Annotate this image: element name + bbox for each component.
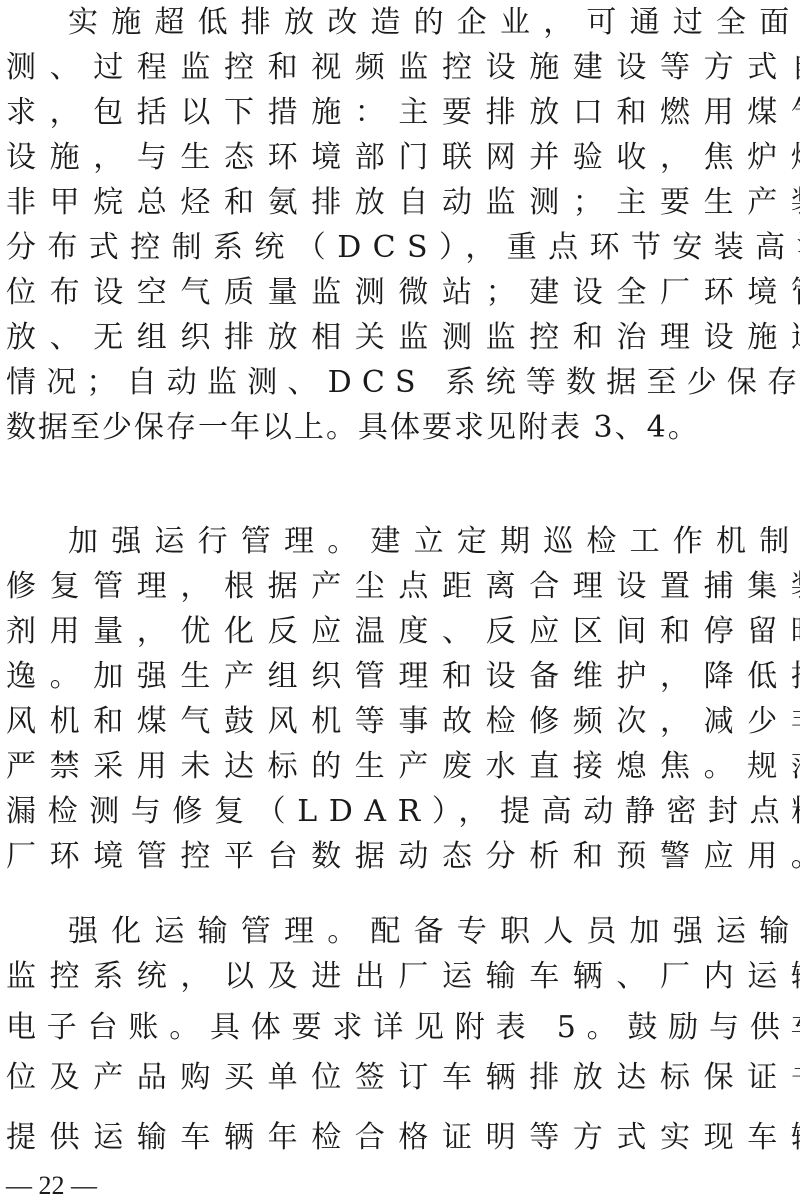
text-line: 强化运输管理。配备专职人员加强运输管理，建设门禁及视频	[68, 909, 800, 955]
text-line: 放、无组织排放相关监测监控和治理设施运行情况，以及清洁运输	[6, 315, 800, 361]
text-line: 分布式控制系统（DCS），重点环节安装高清视频监控设施，关键点	[6, 225, 800, 271]
text-line: 电子台账。具体要求详见附表 5。鼓励与供车单位、原辅材料供货单	[6, 1005, 800, 1051]
text-line: 逸。加强生产组织管理和设备维护，降低推焦除尘风机、焦炉烟囱	[6, 654, 800, 700]
text-line: 监控系统，以及进出厂运输车辆、厂内运输车辆、非道路移动机械	[6, 954, 800, 1000]
text-line: 设施，与生态环境部门联网并验收，焦炉烟囱（含热备烟囱）增加	[6, 135, 800, 181]
text-line: 位布设空气质量监测微站；建设全厂环境管控平台，记录有组织排	[6, 270, 800, 316]
page-number: — 22 —	[6, 1168, 97, 1204]
text-line: 剂用量，优化反应温度、反应区间和停留时间等有效措施控制氨逃	[6, 609, 800, 655]
text-line: 修复管理，根据产尘点距离合理设置捕集装置。采取合理控制脱硝	[6, 564, 800, 610]
text-line: 情况；自动监测、DCS 系统等数据至少保存五年以上，高清视频监控	[6, 360, 800, 406]
text-line: 数据至少保存一年以上。具体要求见附表 3、4。	[6, 405, 700, 451]
text-line: 风机和煤气鼓风机等事故检修频次，减少非正常工况污染物排放。	[6, 699, 800, 745]
text-line: 非甲烷总烃和氨排放自动监测；主要生产装备和污染治理设施安装	[6, 180, 800, 226]
text-line: 漏检测与修复（LDAR），提高动静密封点精细化管理水平。加强全	[6, 789, 800, 835]
text-line: 实施超低排放改造的企业，可通过全面加强污染物排放自动监	[68, 0, 800, 46]
text-line: 提供运输车辆年检合格证明等方式实现车辆合规管理。	[6, 1115, 800, 1161]
text-line: 加强运行管理。建立定期巡检工作机制，加强炉门清理与泄漏	[68, 519, 800, 565]
text-line: 严禁采用未达标的生产废水直接熄焦。规范开展设备与管线组件泄	[6, 744, 800, 790]
text-line: 求，包括以下措施：主要排放口和燃用煤气的管式炉安装自动监控	[6, 90, 800, 136]
text-line: 位及产品购买单位签订车辆排放达标保证书、增加相应合同条款、	[6, 1055, 800, 1101]
text-line: 厂环境管控平台数据动态分析和预警应用。	[6, 834, 800, 880]
text-line: 测、过程监控和视频监控设施建设等方式自证稳定达到超低排放要	[6, 45, 800, 91]
